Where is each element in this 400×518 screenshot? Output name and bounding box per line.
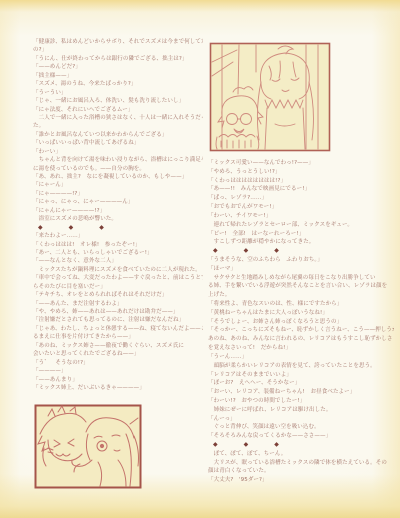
text-line: 「う゛ そうなの!?」 xyxy=(33,359,203,367)
text-line: 「おーい、レリコア、装備ねーちゃん! お昼食べたよー」 xyxy=(208,388,394,397)
text-line: ぽて、ぽて、ぽて、ちーん。 xyxy=(208,450,394,459)
text-line: を覚えなさいって! だからね!」 xyxy=(208,344,394,353)
text-line: 「——あんた、まだ注射するわよ」 xyxy=(33,300,203,308)
text-line: 「にゃっ、にゃっ、にゃー————ん」 xyxy=(33,198,203,206)
section-divider: ◆ ◆ ◆ xyxy=(33,224,203,232)
text-line: 「そっかー、こっちにズそもねー、恥ずかしく言うねー、こう——押しうかな? xyxy=(208,326,394,335)
text-line: 「拙主様——」 xyxy=(33,72,203,80)
text-line: 「そろそろみんな戻ってくるかな——ささ——」 xyxy=(208,432,394,441)
left-text-column: 「健康診、私はめんどいからサボり、それでスズメは今まで何してたの?」「うにん、仕… xyxy=(33,38,203,392)
text-line: 「うにん、仕が終わってからは銀行の隣でござる、拙主は?」 xyxy=(33,55,203,63)
text-line: 「ぽーお? えへへー、そうかなー」 xyxy=(208,379,394,388)
text-line: 「ぱっ、レゾラ?……」 xyxy=(208,194,394,203)
text-line: 「——なんとなく、意外な二人」 xyxy=(33,257,203,265)
text-line: 「ミックス姉上、だいぶいるきゃ————」 xyxy=(33,384,203,392)
text-line: 大リスが、眠っている浴槽たミックスの隣で体を横たえている。その xyxy=(208,459,394,468)
text-line: あのね、あのね、みんなに言われるの、レリコアはもうすこし恥ずかしさ xyxy=(208,335,394,344)
section-divider: ◆ ◆ ◆ xyxy=(208,441,394,450)
text-line: 「黄桃ねーちゃんはたまに大人っぽいうなね!」 xyxy=(208,309,394,318)
text-line: 「そうでしょー、お姉さん姉っぽくなろうと思うの」 xyxy=(208,318,394,327)
text-line: 「大丈夫? '95ダー?」 xyxy=(208,476,394,485)
text-line: 「————」 xyxy=(33,367,203,375)
text-line: ミックスたちが鍋料理にスズメを食べていたのに二人が現れた。 xyxy=(33,266,203,274)
text-line: の?」 xyxy=(33,46,203,54)
text-line: 「テキチち、オレをとめられればそれはそれだけだ」 xyxy=(33,291,203,299)
text-line: 「わーい、チイワモー!」 xyxy=(208,212,394,221)
text-line: 顔は青白くなっていた。 xyxy=(208,467,394,476)
text-line: る姉、手を繋いでいる浮遊が突然そんなことを言い合い、レゾラは顔を xyxy=(208,282,394,291)
text-line: 「スズメ、湯のうね、今来たばっかり?」 xyxy=(33,80,203,88)
text-line: 上げた。 xyxy=(208,291,394,300)
text-line: 「おでもおでんがワモー!」 xyxy=(208,203,394,212)
text-line: 「じゃあ、わたし、ちょっと休憩する——ね、寝てないんだよ——ここに来 xyxy=(33,325,203,333)
text-line: 「——めんどだ?」 xyxy=(33,63,203,71)
right-text-column: 「ミックス可愛い——なんでわっ!?——」「やめろ、うっとうしい!?」「くわっはは… xyxy=(208,159,394,485)
chibi-duo-sketch-icon xyxy=(209,42,331,152)
text-line: 「にゃんにゃー————!?」 xyxy=(33,207,203,215)
illustration-bottom-left xyxy=(34,404,142,493)
text-line: 「うーん……」 xyxy=(208,353,394,362)
text-line: 「将来性よ、青色なスいのは、性、様にですたから」 xyxy=(208,300,394,309)
text-line: 「ほーマ」 xyxy=(208,265,394,274)
chibi-faces-sketch-icon xyxy=(34,404,142,489)
doujinshi-page: 「健康診、私はめんどいからサボり、それでスズメは今まで何してたの?」「うにん、仕… xyxy=(0,0,400,518)
section-divider: ◆ ◆ ◆ xyxy=(208,247,394,256)
text-line: 「来たわよー……」 xyxy=(33,232,203,240)
text-line: 姉妹にぜーに呼ばれ、レリコアは駆け出した。 xyxy=(208,406,394,415)
text-line: るまえに仕事を片付けてきたから——」 xyxy=(33,333,203,341)
illustration-top-right xyxy=(209,42,331,156)
text-line: 「ミックス可愛い——なんでわっ!?——」 xyxy=(208,159,394,168)
text-line: ぐっと背伸び、笑顔は遠い空を吸い込む。 xyxy=(208,423,394,432)
text-line: 「んーっ」 xyxy=(208,415,394,424)
text-line: 「あー、二人とも、いらっしゃいでござるー!」 xyxy=(33,249,203,257)
text-line: た。 xyxy=(33,122,203,130)
text-line: 「あのね、ミックス姉さ——徹夜で働くぐらい、スズメ氏に xyxy=(33,342,203,350)
text-line: 「や、やめろ、姉——あれは——あれだけは勘弁だ——」 xyxy=(33,308,203,316)
text-line: 二人で一緒に入った浴槽の狭さはなく、十人は一緒に入れそうだっ xyxy=(33,114,203,122)
text-line: 「うまそうな、空のふちわら ふわりおち。」 xyxy=(208,256,394,265)
text-line: 「誰かとお風呂なんていつ以来かわからんでござる」 xyxy=(33,131,203,139)
text-line: 「いっぱいいっぱい背中流してあげるね」 xyxy=(33,139,203,147)
text-line: 「ビー! 全部! はーなーれーろー!」 xyxy=(208,230,394,239)
text-line: 「あ——!! みんなで映画見にでるー!」 xyxy=(208,185,394,194)
text-line: すこしずつ距離が穏やかになってきた。 xyxy=(208,238,394,247)
text-line: 「健康診、私はめんどいからサボり、それでスズメは今まで何してた xyxy=(33,38,203,46)
text-line: 「にゃ法度、それにいへでござるムー」 xyxy=(33,106,203,114)
text-line: 「わーい」 xyxy=(33,148,203,156)
text-line: 「うーうい」 xyxy=(33,89,203,97)
text-line: 「わーい!? おやつの時間でしたー!」 xyxy=(208,397,394,406)
text-line: 「やめろ、うっとうしい!?」 xyxy=(208,168,394,177)
text-line: 「注射嫌だとされても思ってるのに、注射は嫌だなんだね」 xyxy=(33,316,203,324)
text-line: 頭脳が柔らかいレリコアの表情を見て、誇っていたことを思う。 xyxy=(208,362,394,371)
text-line: 「車中で会ってね、大変だったわよ——すぐ戻ったと、前はこうとするか xyxy=(33,274,203,282)
text-line: 「じゃ、一緒にお風呂入ろ、体洗い、髪も洗り流したいし」 xyxy=(33,97,203,105)
text-line: に湯を使っているのでも。——自分の胸を。 xyxy=(33,165,203,173)
text-line: 連れて帰れたレゾラとセーロー部、ミックスをギュー。 xyxy=(208,221,394,230)
text-line: 「にゃ————!?」 xyxy=(33,190,203,198)
text-line: 「くわっはははははははは!?」 xyxy=(208,177,394,186)
text-line: 「にゃーん」 xyxy=(33,181,203,189)
text-line: 「レリコアはそのままでいいよ」 xyxy=(208,371,394,380)
text-line: サクサクと生地踏みしめながら尾翼の毎日をこなり出勝争してい xyxy=(208,274,394,283)
text-line: ちゃんと背を向けて湯を味わい浸りながら、浴槽はにっこり満足そう xyxy=(33,156,203,164)
text-line: らそのたびに目を塞いだー」 xyxy=(33,283,203,291)
text-line: 「くわっははは! オレ様! 参ったぞー!」 xyxy=(33,241,203,249)
text-line: 会いたいと思ってくれたでござるね——」 xyxy=(33,350,203,358)
text-line: 「あ、あれ、拙主? なにを凝視しているのか、もしや——」 xyxy=(33,173,203,181)
text-line: 浴室にスズメの悲鳴が響いた。 xyxy=(33,215,203,223)
text-line: 「——あんまり」 xyxy=(33,376,203,384)
